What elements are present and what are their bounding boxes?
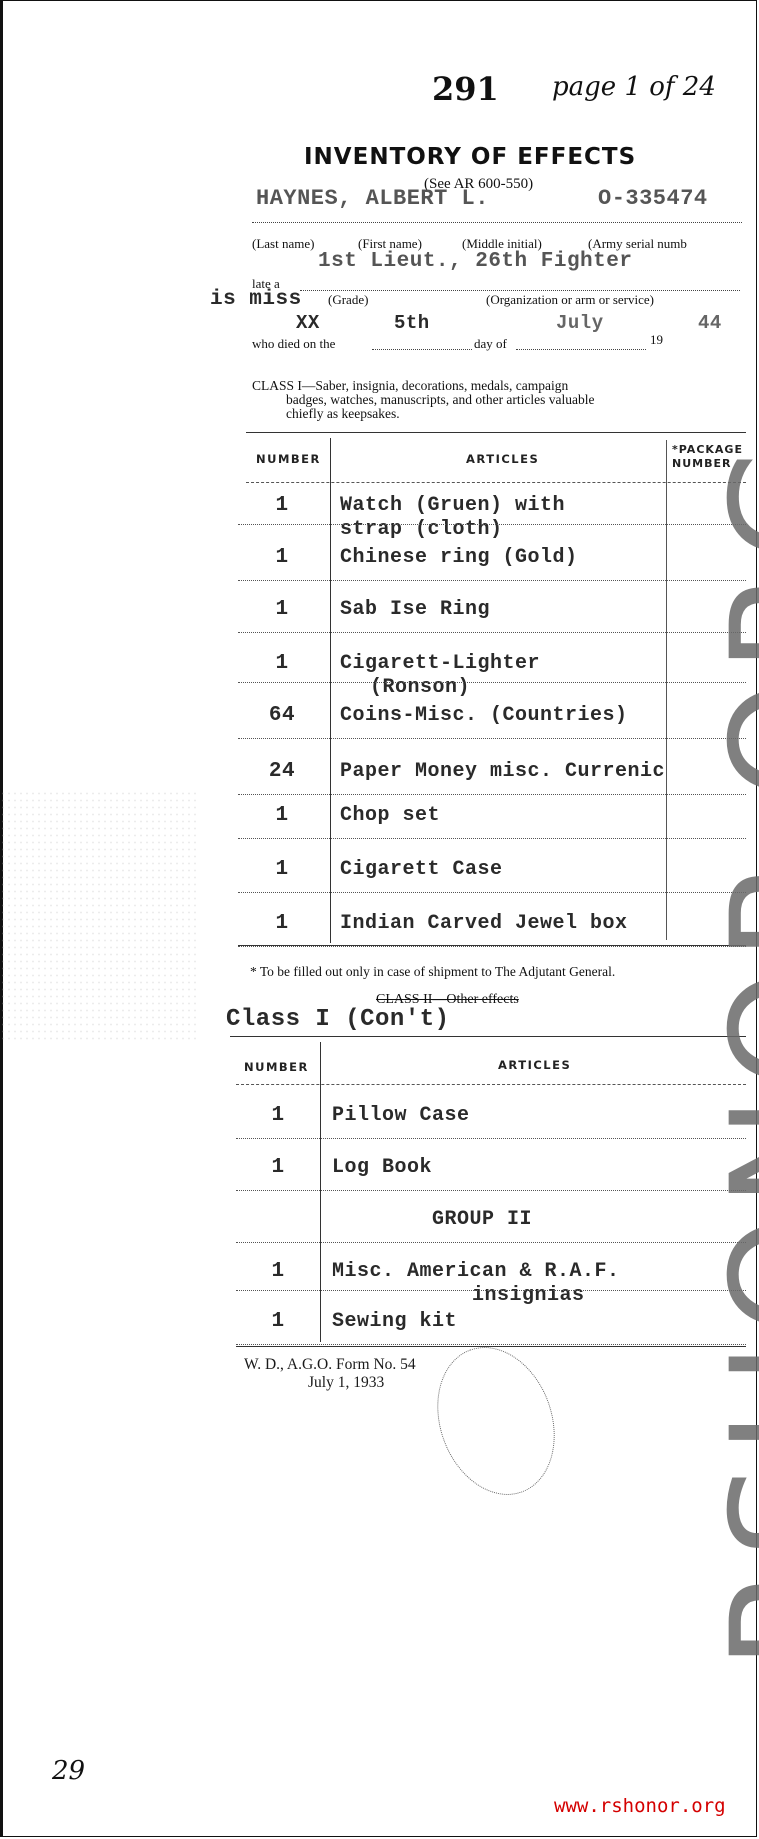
label-grade: (Grade) <box>328 292 368 308</box>
row-divider <box>236 1242 746 1243</box>
row-divider <box>238 738 746 739</box>
row-article-continued: (Ronson) <box>370 676 470 699</box>
row-number: 64 <box>252 704 312 727</box>
row-article: Paper Money misc. Currenic <box>340 760 665 783</box>
handwritten-bottom-number: 29 <box>52 1756 85 1786</box>
typed-rank-org: 1st Lieut., 26th Fighter <box>318 250 632 273</box>
row-divider <box>238 838 746 839</box>
late-a-line <box>300 290 740 291</box>
form-title: INVENTORY OF EFFECTS <box>304 144 636 170</box>
label-year-prefix: 19 <box>650 332 663 348</box>
table2-header-number: NUMBER <box>244 1060 309 1074</box>
row-article: Misc. American & R.A.F. <box>332 1260 620 1283</box>
row-number: 1 <box>248 1310 308 1333</box>
name-line <box>252 222 742 223</box>
row-number: 24 <box>252 760 312 783</box>
row-number: 1 <box>252 546 312 569</box>
handwritten-doc-number: 291 <box>432 70 499 108</box>
table1-header-number: NUMBER <box>256 452 321 466</box>
table1-top-rule <box>246 432 746 433</box>
table1-header-rule <box>246 482 746 483</box>
row-divider <box>238 946 746 947</box>
typed-year: 44 <box>698 312 722 334</box>
row-number: 1 <box>248 1156 308 1179</box>
row-article: Sab Ise Ring <box>340 598 490 621</box>
row-number: 1 <box>252 804 312 827</box>
row-article: Log Book <box>332 1156 432 1179</box>
row-number: 1 <box>252 598 312 621</box>
row-divider <box>238 892 746 893</box>
row-divider <box>238 580 746 581</box>
table1-col-divider-2 <box>666 440 667 940</box>
row-article: Indian Carved Jewel box <box>340 912 628 935</box>
typed-name: HAYNES, ALBERT L. <box>256 186 489 211</box>
row-divider <box>236 1138 746 1139</box>
table1-col-divider-1 <box>330 438 331 943</box>
row-article: Watch (Gruen) with <box>340 494 565 517</box>
scan-noise <box>0 790 200 1040</box>
footnote: * To be filled out only in case of shipm… <box>250 964 615 980</box>
typed-day-prefix: XX <box>296 312 320 334</box>
table2-header-rule <box>236 1084 746 1085</box>
row-article: Cigarett Case <box>340 858 503 881</box>
label-died-on: who died on the <box>252 336 335 352</box>
month-line <box>516 349 646 350</box>
row-divider <box>238 794 746 795</box>
class2-typed-heading: Class I (Con't) <box>226 1006 450 1033</box>
row-article-continued: strap (cloth) <box>340 518 503 541</box>
table2-top-rule <box>230 1036 746 1037</box>
row-divider <box>238 632 746 633</box>
row-number: 1 <box>252 652 312 675</box>
day-line <box>372 349 472 350</box>
typed-month: July <box>556 312 604 334</box>
table2-header-articles: ARTICLES <box>498 1058 571 1072</box>
row-article: Chop set <box>340 804 440 827</box>
row-article: Chinese ring (Gold) <box>340 546 578 569</box>
row-divider <box>236 1190 746 1191</box>
form-number: W. D., A.G.O. Form No. 54 <box>244 1356 416 1374</box>
typed-status: is miss <box>210 288 302 311</box>
form-date: July 1, 1933 <box>308 1374 384 1392</box>
row-article-continued: insignias <box>472 1284 585 1307</box>
watermark-rshonor: RSHONOR.ORG <box>700 436 759 1670</box>
row-divider <box>236 1290 746 1291</box>
row-divider <box>238 682 746 683</box>
row-article: Cigarett-Lighter <box>340 652 540 675</box>
label-last-name: (Last name) <box>252 236 314 252</box>
table1-bottom-rule <box>238 945 746 946</box>
label-day-of: day of <box>474 336 507 352</box>
handwritten-page-note: page 1 of 24 <box>552 72 716 102</box>
class1-description-3: chiefly as keepsakes. <box>286 406 400 422</box>
row-article: Coins-Misc. (Countries) <box>340 704 628 727</box>
row-article: Pillow Case <box>332 1104 470 1127</box>
table2-col-divider <box>320 1042 321 1342</box>
row-number: 1 <box>252 494 312 517</box>
table1-header-articles: ARTICLES <box>466 452 539 466</box>
row-number: 1 <box>252 912 312 935</box>
row-article: GROUP II <box>432 1208 532 1231</box>
row-number: 1 <box>248 1104 308 1127</box>
row-number: 1 <box>252 858 312 881</box>
watermark-url[interactable]: www.rshonor.org <box>554 1795 726 1817</box>
row-number: 1 <box>248 1260 308 1283</box>
row-article: Sewing kit <box>332 1310 457 1333</box>
row-divider <box>236 1344 746 1345</box>
label-organization: (Organization or arm or service) <box>486 292 654 308</box>
typed-day: 5th <box>394 312 430 334</box>
typed-serial: O-335474 <box>598 186 708 211</box>
row-divider <box>238 524 746 525</box>
